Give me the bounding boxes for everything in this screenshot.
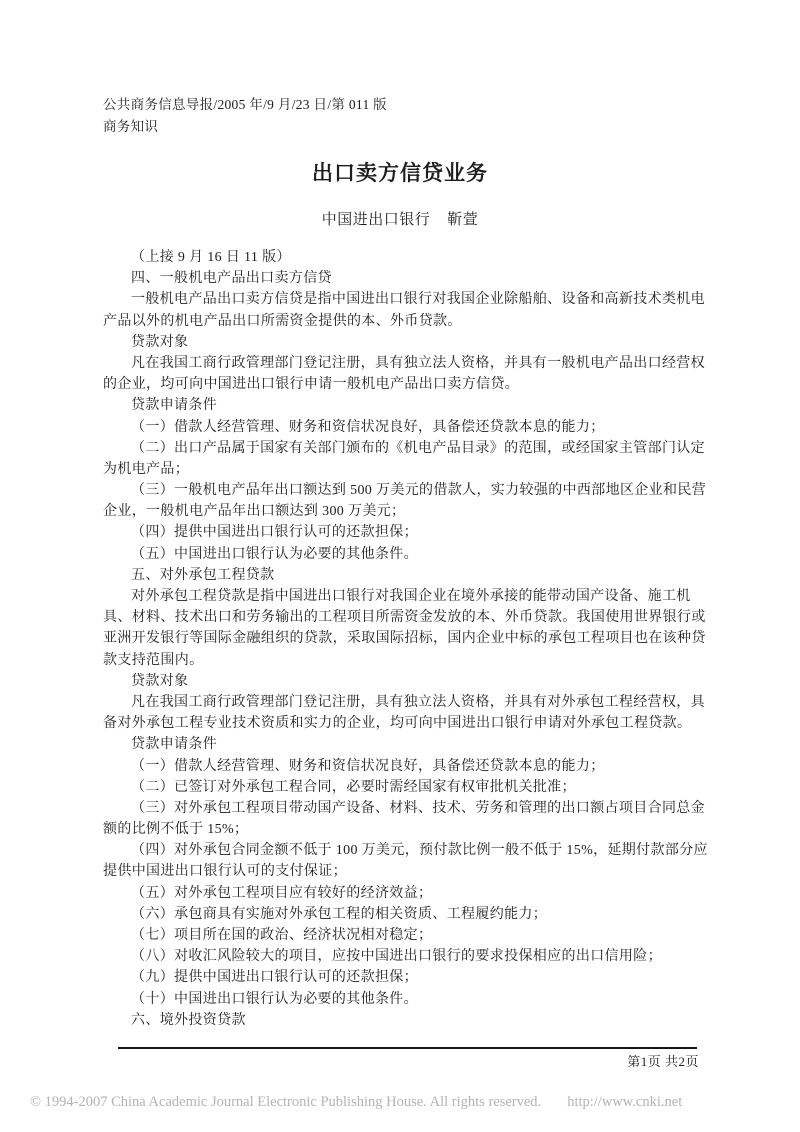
body-line: 贷款对象 [103,671,705,692]
body-line: （一）借款人经营管理、财务和资信状况良好，具备偿还贷款本息的能力； [103,756,705,777]
body-line: 额的比例不低于 15%； [103,819,705,840]
cnki-url-link[interactable]: http://www.cnki.net [567,1094,682,1110]
body-line: 款支持范围内。 [103,650,705,671]
body-line: 五、对外承包工程贷款 [103,565,705,586]
body-line: 贷款对象 [103,332,705,353]
body-line: 六、境外投资贷款 [103,1010,705,1031]
body-line: 的企业，均可向中国进出口银行申请一般机电产品出口卖方信贷。 [103,374,705,395]
article-title: 出口卖方信贷业务 [0,157,800,187]
body-line: 一般机电产品出口卖方信贷是指中国进出口银行对我国企业除船舶、设备和高新技术类机电 [103,289,705,310]
article-byline: 中国进出口银行靳萱 [0,208,800,229]
body-line: （五）对外承包工程项目应有较好的经济效益； [103,883,705,904]
byline-author: 靳萱 [447,212,478,228]
body-line: 凡在我国工商行政管理部门登记注册，具有独立法人资格，并具有对外承包工程经营权，具 [103,692,705,713]
body-line: （十）中国进出口银行认为必要的其他条件。 [103,989,705,1010]
body-line: 备对外承包工程专业技术资质和实力的企业，均可向中国进出口银行申请对外承包工程贷款… [103,713,705,734]
body-line: 凡在我国工商行政管理部门登记注册，具有独立法人资格，并具有一般机电产品出口经营权 [103,353,705,374]
body-line: 具、材料、技术出口和劳务输出的工程项目所需资金发放的本、外币贷款。我国使用世界银… [103,607,705,628]
body-line: 为机电产品； [103,459,705,480]
body-line: 提供中国进出口银行认可的支付保证； [103,861,705,882]
section-category: 商务知识 [103,116,387,138]
body-line: （四）提供中国进出口银行认可的还款担保； [103,522,705,543]
document-header: 公共商务信息导报/2005 年/9 月/23 日/第 011 版 商务知识 [103,94,387,138]
pdf-document-page: 公共商务信息导报/2005 年/9 月/23 日/第 011 版 商务知识 出口… [0,0,800,1132]
cnki-watermark: © 1994-2007 China Academic Journal Elect… [30,1094,682,1111]
body-line: （三）对外承包工程项目带动国产设备、材料、技术、劳务和管理的出口额占项目合同总金 [103,798,705,819]
copyright-text: © 1994-2007 China Academic Journal Elect… [30,1094,541,1110]
body-line: 贷款申请条件 [103,734,705,755]
body-line: 对外承包工程贷款是指中国进出口银行对我国企业在境外承接的能带动国产设备、施工机 [103,586,705,607]
body-line: 四、一般机电产品出口卖方信贷 [103,268,705,289]
body-line: 企业，一般机电产品年出口额达到 300 万美元； [103,501,705,522]
body-line: 产品以外的机电产品出口所需资金提供的本、外币贷款。 [103,311,705,332]
body-line: （六）承包商具有实施对外承包工程的相关资质、工程履约能力； [103,904,705,925]
byline-organization: 中国进出口银行 [322,212,431,228]
body-line: （一）借款人经营管理、财务和资信状况良好，具备偿还贷款本息的能力； [103,417,705,438]
body-line: （二）已签订对外承包工程合同，必要时需经国家有权审批机关批准； [103,777,705,798]
body-line: 贷款申请条件 [103,395,705,416]
body-line: 亚洲开发银行等国际金融组织的贷款，采取国际招标，国内企业中标的承包工程项目也在该… [103,628,705,649]
body-line: （七）项目所在国的政治、经济状况相对稳定； [103,925,705,946]
body-line: （四）对外承包合同金额不低于 100 万美元，预付款比例一般不低于 15%，延期… [103,840,705,861]
publication-meta-line: 公共商务信息导报/2005 年/9 月/23 日/第 011 版 [103,94,387,116]
body-line: （上接 9 月 16 日 11 版） [103,247,705,268]
page-number-indicator: 第1页 共2页 [0,1051,699,1070]
footer-divider [118,1047,697,1049]
body-line: （三）一般机电产品年出口额达到 500 万美元的借款人，实力较强的中西部地区企业… [103,480,705,501]
body-line: （五）中国进出口银行认为必要的其他条件。 [103,544,705,565]
article-body: （上接 9 月 16 日 11 版）四、一般机电产品出口卖方信贷一般机电产品出口… [103,247,705,1031]
body-line: （八）对收汇风险较大的项目，应按中国进出口银行的要求投保相应的出口信用险； [103,946,705,967]
body-line: （二）出口产品属于国家有关部门颁布的《机电产品目录》的范围，或经国家主管部门认定 [103,438,705,459]
body-line: （九）提供中国进出口银行认可的还款担保； [103,967,705,988]
